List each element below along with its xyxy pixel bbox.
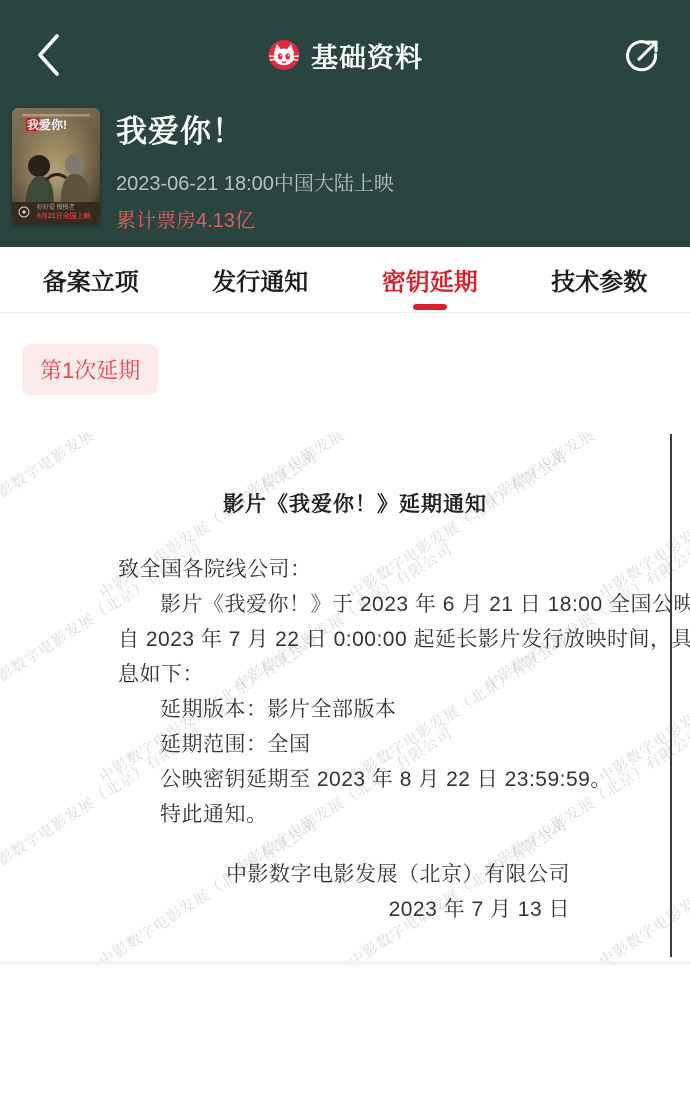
document-line: 致全国各院线公司： bbox=[118, 552, 592, 587]
share-button[interactable] bbox=[618, 31, 666, 79]
movie-poster[interactable]: 我爱你! 好好爱 慢慢老 6月21日全国上映 bbox=[12, 108, 100, 225]
delay-round-badge[interactable]: 第1次延期 bbox=[22, 344, 158, 395]
release-date: 2023-06-21 18:00中国大陆上映 bbox=[116, 167, 394, 196]
document-line: 自 2023 年 7 月 22 日 0:00:00 起延长影片发行放映时间，具体… bbox=[118, 622, 592, 657]
header-hero-section: 基础资料 bbox=[0, 0, 690, 247]
movie-info: 我爱你！ 2023-06-21 18:00中国大陆上映 累计票房4.13亿 bbox=[100, 108, 394, 233]
box-office: 累计票房4.13亿 bbox=[116, 204, 394, 233]
document-title: 影片《我爱你！》延期通知 bbox=[118, 432, 592, 518]
chevron-left-icon bbox=[35, 32, 61, 78]
document-line: 延期版本：影片全部版本 bbox=[118, 692, 592, 727]
tab-label: 技术参数 bbox=[551, 262, 647, 297]
share-icon bbox=[621, 34, 663, 76]
tab-key-delay[interactable]: 密钥延期 bbox=[382, 247, 478, 313]
document-line: 特此通知。 bbox=[118, 797, 592, 832]
poster-caption-text: 6月21日全国上映 bbox=[37, 211, 92, 220]
signature-date: 2023 年 7 月 13 日 bbox=[118, 892, 570, 927]
poster-title-text: 我爱你! bbox=[27, 117, 67, 132]
document-line: 影片《我爱你！》于 2023 年 6 月 21 日 18:00 全国公映，现 bbox=[118, 587, 592, 622]
tab-bar: 备案立项 发行通知 密钥延期 技术参数 bbox=[0, 247, 690, 313]
signature-block: 中影数字电影发展（北京）有限公司 2023 年 7 月 13 日 bbox=[118, 857, 592, 927]
tab-technical-params[interactable]: 技术参数 bbox=[551, 247, 647, 313]
signature-company: 中影数字电影发展（北京）有限公司 bbox=[118, 857, 570, 892]
navbar: 基础资料 bbox=[0, 0, 690, 100]
document-line: 延期范围：全国 bbox=[118, 727, 592, 762]
tab-label: 备案立项 bbox=[43, 262, 139, 297]
tab-active-underline bbox=[413, 304, 447, 310]
document-body: 致全国各院线公司： 影片《我爱你！》于 2023 年 6 月 21 日 18:0… bbox=[118, 552, 592, 832]
movie-summary-card[interactable]: 我爱你! 好好爱 慢慢老 6月21日全国上映 我爱你！ 2023-06-21 1… bbox=[0, 100, 690, 233]
tab-label: 密钥延期 bbox=[382, 262, 478, 297]
notice-document-text: 影片《我爱你！》延期通知 致全国各院线公司： 影片《我爱你！》于 2023 年 … bbox=[0, 432, 690, 927]
svg-text:好好爱 慢慢老: 好好爱 慢慢老 bbox=[37, 203, 75, 211]
document-line: 公映密钥延期至 2023 年 8 月 22 日 23:59:59。 bbox=[118, 762, 592, 797]
tab-filing-approval[interactable]: 备案立项 bbox=[43, 247, 139, 313]
document-line: 息如下： bbox=[118, 657, 592, 692]
page-title: 基础资料 bbox=[311, 36, 423, 75]
back-button[interactable] bbox=[24, 31, 72, 79]
tab-label: 发行通知 bbox=[212, 262, 308, 297]
page-title-group: 基础资料 bbox=[267, 36, 423, 75]
movie-title: 我爱你！ bbox=[116, 112, 394, 152]
content-card: 备案立项 发行通知 密钥延期 技术参数 第1次延期 中影数字电影发展（北京）有限… bbox=[0, 247, 690, 1104]
tab-distribution-notice[interactable]: 发行通知 bbox=[212, 247, 308, 313]
notice-document-image: 中影数字电影发展（北京）有限公司中影数字电影发展（北京）有限公司中影数字电影发展… bbox=[0, 432, 690, 965]
maoyan-cat-logo-icon bbox=[267, 39, 301, 71]
